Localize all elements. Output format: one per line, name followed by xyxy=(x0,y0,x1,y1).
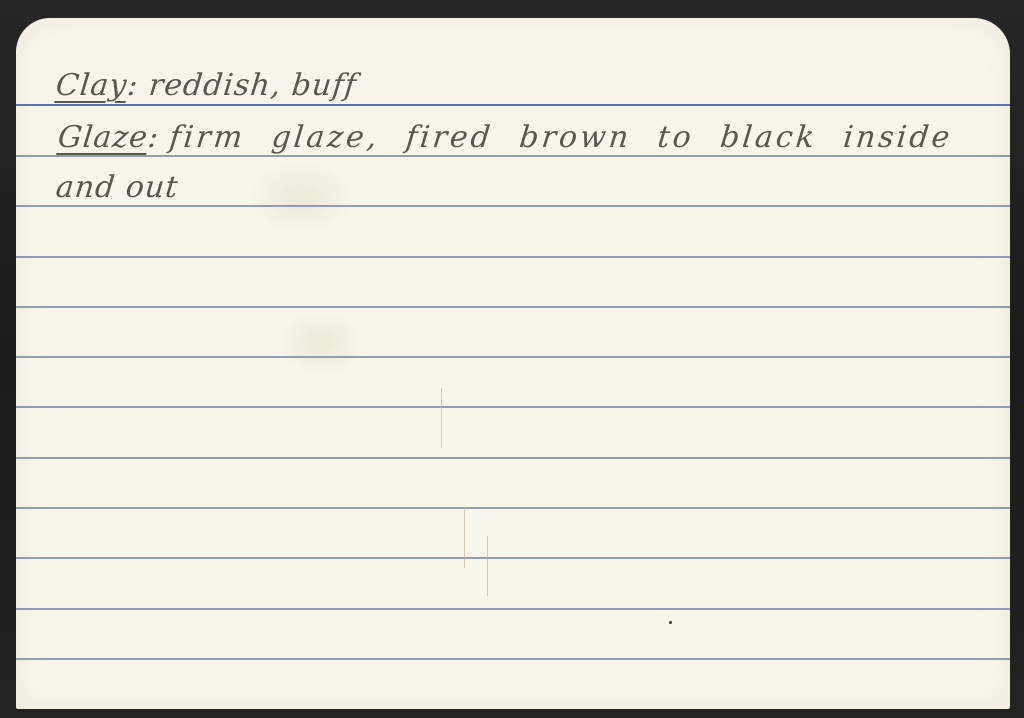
paper-stain xyxy=(246,158,356,238)
ruled-line xyxy=(16,507,1010,509)
ruled-line xyxy=(16,658,1010,660)
clay-entry: Clay: reddish, buff xyxy=(54,68,358,103)
ink-speck xyxy=(669,621,672,624)
paper-crease xyxy=(441,388,442,448)
clay-label: Clay xyxy=(54,68,129,103)
glaze-label: Glaze xyxy=(56,120,150,155)
ruled-line xyxy=(16,356,1010,358)
glaze-entry: Glaze: firm glaze, fired brown to black … xyxy=(56,120,954,155)
glaze-text: firm glaze, fired brown to black inside xyxy=(168,120,954,155)
ruled-line xyxy=(16,306,1010,308)
ruled-line-top xyxy=(16,104,1010,106)
glaze-continuation: and out xyxy=(54,170,180,205)
ruled-line xyxy=(16,256,1010,258)
ruled-line xyxy=(16,457,1010,459)
paper-crease xyxy=(464,508,465,568)
index-card: Clay: reddish, buff Glaze: firm glaze, f… xyxy=(16,18,1010,709)
paper-crease xyxy=(487,536,488,596)
ruled-line xyxy=(16,155,1010,157)
glaze-continuation-text: and out xyxy=(54,170,180,205)
ruled-line xyxy=(16,406,1010,408)
clay-text: reddish, buff xyxy=(147,68,358,103)
ruled-line xyxy=(16,608,1010,610)
paper-stain xyxy=(276,308,366,378)
ruled-line xyxy=(16,557,1010,559)
ruled-line xyxy=(16,205,1010,207)
